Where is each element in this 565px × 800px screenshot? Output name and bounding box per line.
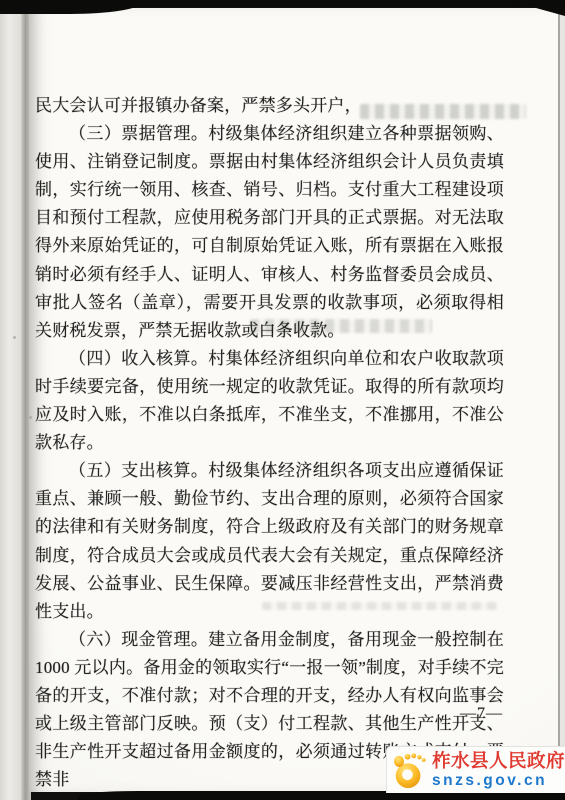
paragraph-item-4-shouru-hesuan: （四）收入核算。村集体经济组织向单位和农户收取款项时手续要完备，使用统一规定的收… (35, 345, 504, 457)
government-portal-watermark: 柞水县人民政府 snzs.gov.cn (386, 746, 565, 793)
book-left-page-edge (0, 10, 22, 800)
watermark-site-url: snzs.gov.cn (432, 773, 565, 789)
dust-speck (29, 416, 32, 419)
scan-border-top-right (507, 0, 565, 16)
scanned-document-page: 民大会认可并报镇办备案，严禁多头开户， （三）票据管理。村级集体经济组织建立各种… (0, 0, 565, 800)
watermark-text-block: 柞水县人民政府 snzs.gov.cn (432, 752, 565, 789)
foot-logo-icon (390, 750, 428, 790)
page-number: —7— (460, 705, 503, 723)
dust-speck (13, 336, 16, 339)
paragraph-item-3-piaoju-guanli: （三）票据管理。村级集体经济组织建立各种票据领购、使用、注销登记制度。票据由村集… (35, 120, 504, 345)
document-body-text: 民大会认可并报镇办备案，严禁多头开户， （三）票据管理。村级集体经济组织建立各种… (35, 92, 504, 794)
paragraph-item-5-zhichu-hesuan: （五）支出核算。村级集体经济组织各项支出应遵循保证重点、兼顾一般、勤俭节约、支出… (35, 457, 504, 626)
page-right-sliver (560, 10, 565, 800)
paragraph-continuation: 民大会认可并报镇办备案，严禁多头开户， (35, 92, 504, 120)
watermark-site-name: 柞水县人民政府 (432, 752, 565, 771)
